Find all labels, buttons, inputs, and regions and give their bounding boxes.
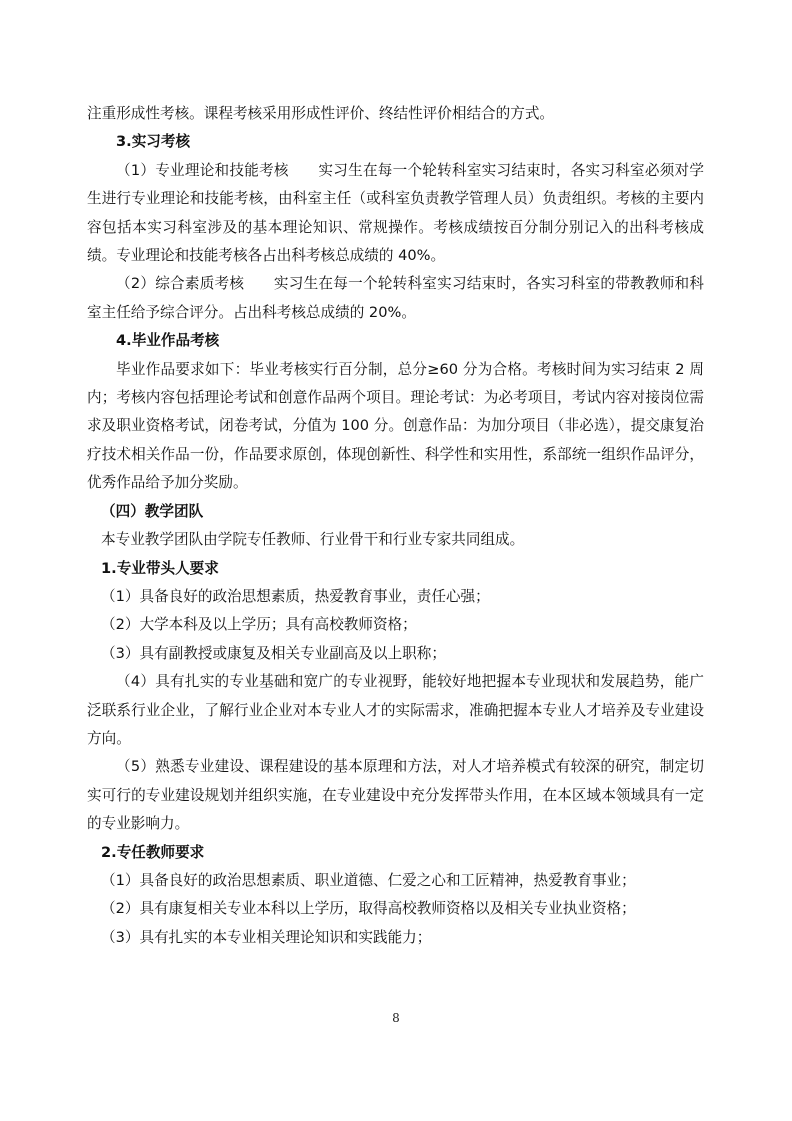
page-number: 8 <box>0 1011 792 1025</box>
document-page: 注重形成性考核。课程考核采用形成性评价、终结性评价相结合的方式。 3.实习考核 … <box>87 100 704 952</box>
heading-leader-requirements: 1.专业带头人要求 <box>87 555 704 583</box>
heading-graduation-work: 4.毕业作品考核 <box>87 327 704 355</box>
list-item: （5）熟悉专业建设、课程建设的基本原理和方法，对人才培养模式有较深的研究，制定切… <box>87 753 704 838</box>
paragraph-theory-skill-assessment: （1）专业理论和技能考核 实习生在每一个轮转科室实习结束时，各实习科室必须对学生… <box>87 157 704 271</box>
list-item: （2）大学本科及以上学历；具有高校教师资格； <box>87 611 704 639</box>
list-item: （2）具有康复相关专业本科以上学历，取得高校教师资格以及相关专业执业资格； <box>87 895 704 923</box>
paragraph-comprehensive-assessment: （2）综合素质考核 实习生在每一个轮转科室实习结束时，各实习科室的带教教师和科室… <box>87 270 704 327</box>
list-item: （1）具备良好的政治思想素质，热爱教育事业，责任心强； <box>87 583 704 611</box>
list-item: （4）具有扎实的专业基础和宽广的专业视野，能较好地把握本专业现状和发展趋势，能广… <box>87 668 704 753</box>
list-item: （1）具备良好的政治思想素质、职业道德、仁爱之心和工匠精神，热爱教育事业； <box>87 867 704 895</box>
heading-internship-assessment: 3.实习考核 <box>87 128 704 156</box>
list-item: （3）具有副教授或康复及相关专业副高及以上职称； <box>87 640 704 668</box>
heading-teacher-requirements: 2.专任教师要求 <box>87 839 704 867</box>
heading-teaching-team: （四）教学团队 <box>87 498 704 526</box>
list-item: （3）具有扎实的本专业相关理论知识和实践能力； <box>87 924 704 952</box>
paragraph-team-intro: 本专业教学团队由学院专任教师、行业骨干和行业专家共同组成。 <box>87 526 704 554</box>
paragraph-assessment-method: 注重形成性考核。课程考核采用形成性评价、终结性评价相结合的方式。 <box>87 100 704 128</box>
paragraph-graduation-work: 毕业作品要求如下：毕业考核实行百分制，总分≥60 分为合格。考核时间为实习结束 … <box>87 356 704 498</box>
